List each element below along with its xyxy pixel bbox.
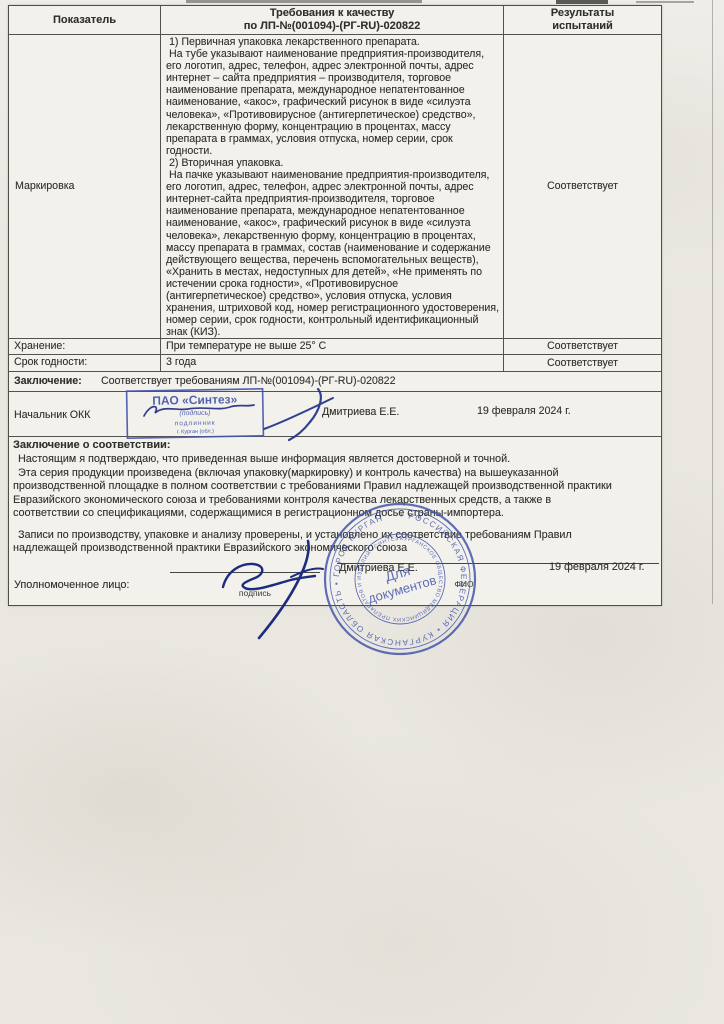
storage-indicator-cell: Хранение: [9, 339, 161, 354]
header-results-line2: испытаний [552, 20, 613, 33]
authorized-date: 19 февраля 2024 г. [549, 561, 644, 573]
requirement-paragraph: На пачке указывают наименование предприя… [166, 169, 499, 338]
marking-requirements-cell: 1) Первичная упаковка лекарственного пре… [161, 35, 504, 338]
header-requirements-line2: по ЛП-№(001094)-(РГ-RU)-020822 [244, 20, 420, 33]
compliance-section: Заключение о соответствии: Настоящим я п… [9, 437, 661, 605]
header-cell-results: Результаты испытаний [504, 6, 661, 34]
header-results-line1: Результаты [551, 7, 614, 20]
compliance-body: Настоящим я подтверждаю, что приведенная… [13, 453, 613, 556]
compliance-paragraph-1: Настоящим я подтверждаю, что приведенная… [13, 453, 613, 466]
approval-date: 19 февраля 2024 г. [477, 405, 571, 417]
conclusion-row: Заключение: Соответствует требованиям ЛП… [9, 372, 661, 392]
shelf-life-value-cell: 3 года [161, 355, 504, 371]
approver-name: Дмитриева Е.Е. [322, 406, 399, 418]
header-requirements-line1: Требования к качеству [270, 7, 395, 20]
requirement-paragraph: На тубе указывают наименование предприят… [166, 48, 499, 157]
requirement-paragraph: 2) Вторичная упаковка. [166, 157, 499, 169]
header-cell-requirements: Требования к качеству по ЛП-№(001094)-(Р… [161, 6, 504, 34]
shelf-life-result-cell: Соответствует [504, 355, 661, 371]
conclusion-label: Заключение: [14, 375, 82, 387]
marking-result-cell: Соответствует [504, 35, 661, 338]
scan-smudge [636, 1, 694, 3]
conclusion-value: Соответствует требованиям ЛП-№(001094)-(… [101, 375, 395, 387]
quality-certificate-document: Показатель Требования к качеству по ЛП-№… [8, 5, 662, 606]
approval-row: Начальник ОКК Дмитриева Е.Е. 19 февраля … [9, 392, 661, 437]
table-row-storage: Хранение: При температуре не выше 25° С … [9, 339, 661, 355]
authorized-person-label: Уполномоченное лицо: [14, 579, 129, 591]
compliance-heading: Заключение о соответствии: [13, 439, 170, 451]
scan-smudge [186, 0, 422, 3]
table-row-shelf-life: Срок годности: 3 года Соответствует [9, 355, 661, 372]
storage-result-cell: Соответствует [504, 339, 661, 354]
signature-line [170, 572, 320, 573]
table-header-row: Показатель Требования к качеству по ЛП-№… [9, 6, 661, 35]
scanner-edge-line [712, 0, 713, 604]
header-cell-indicator: Показатель [9, 6, 161, 34]
storage-value-cell: При температуре не выше 25° С [161, 339, 504, 354]
marking-indicator-cell: Маркировка [9, 35, 161, 338]
header-indicator-label: Показатель [53, 14, 116, 27]
requirement-paragraph: 1) Первичная упаковка лекарственного пре… [166, 36, 499, 48]
table-row-marking: Маркировка 1) Первичная упаковка лекарст… [9, 35, 661, 339]
signature-caption: подпись [200, 588, 310, 598]
approver-position: Начальник ОКК [14, 409, 90, 421]
shelf-life-indicator-cell: Срок годности: [9, 355, 161, 371]
compliance-paragraph-2: Эта серия продукции произведена (включая… [13, 467, 613, 520]
compliance-paragraph-3: Записи по производству, упаковке и анали… [13, 529, 613, 555]
name-caption: ФИО [429, 579, 499, 589]
authorized-person-name: Дмитриева Е.Е. [339, 562, 418, 574]
scan-smudge [556, 0, 608, 4]
